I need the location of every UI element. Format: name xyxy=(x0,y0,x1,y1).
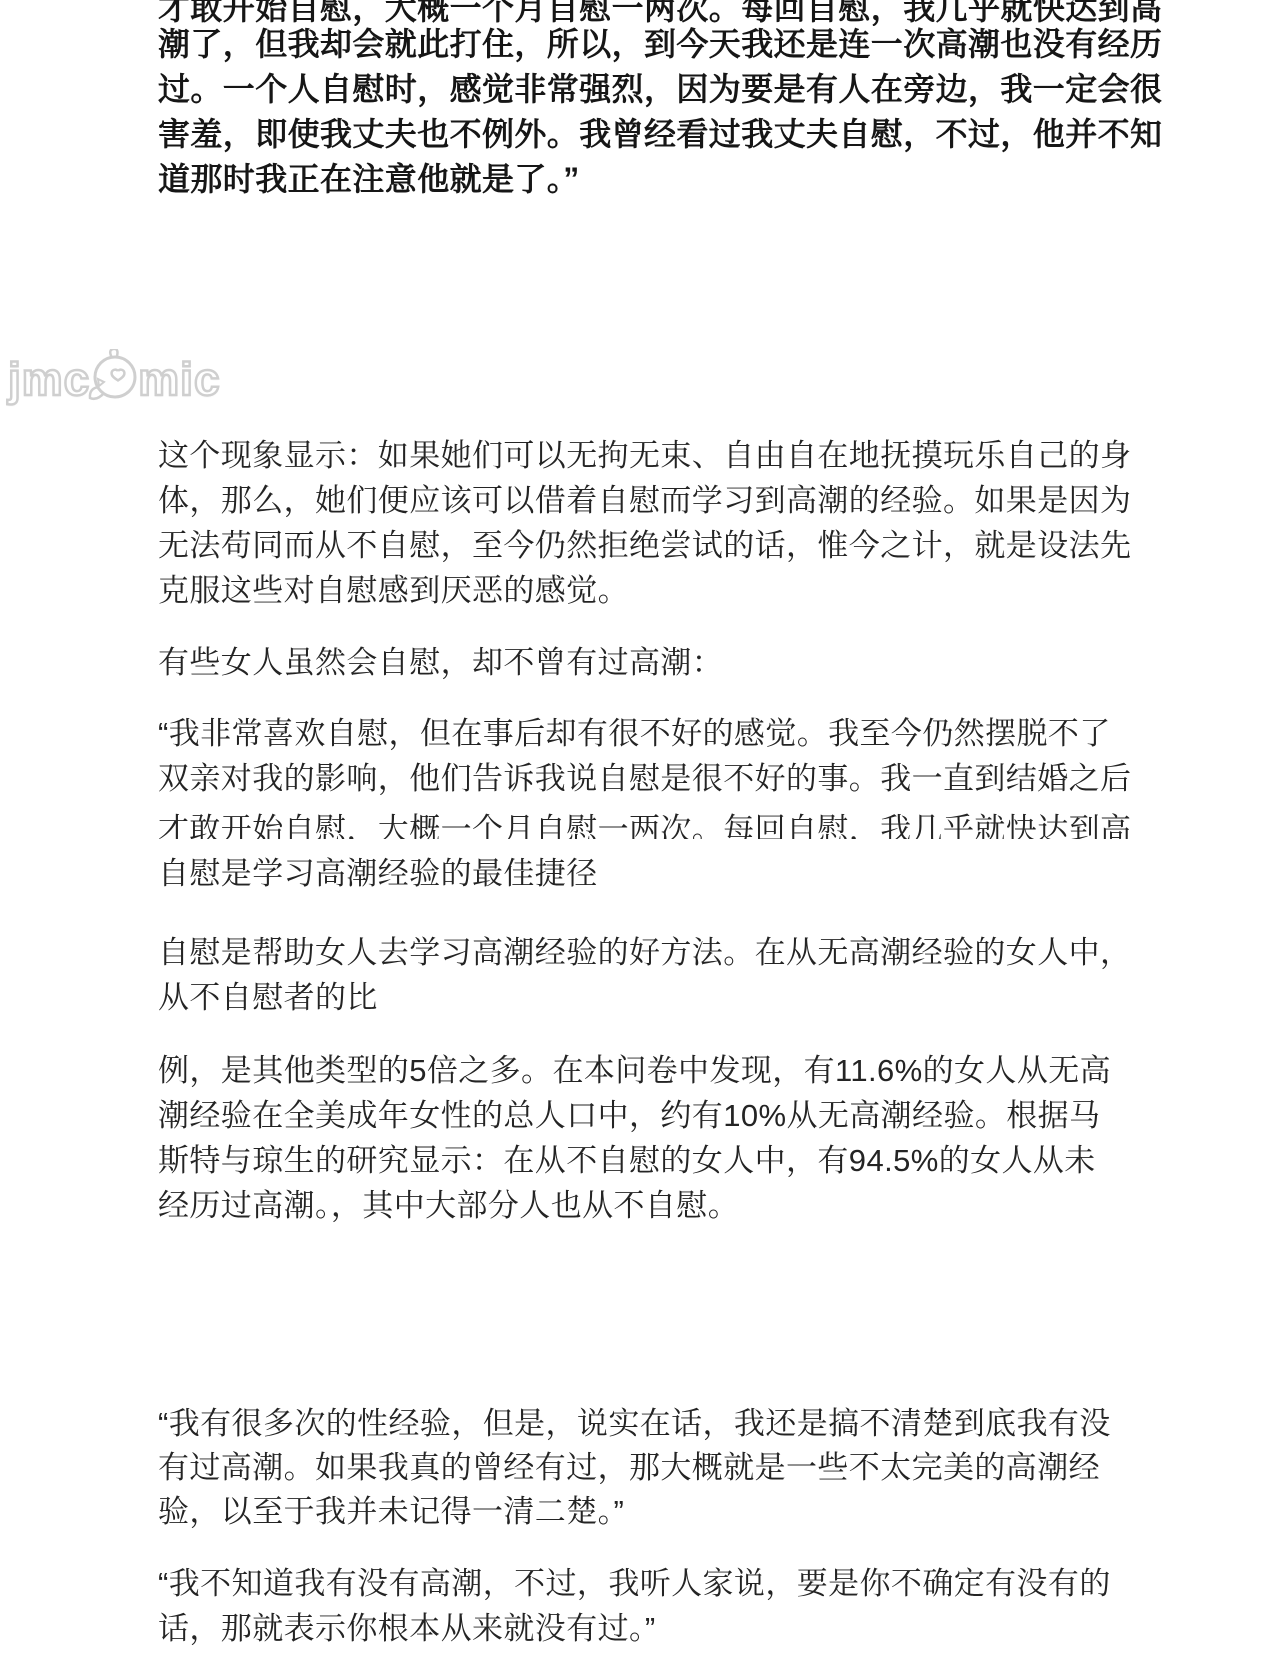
text-line: 体，那么，她们便应该可以借着自慰而学习到高潮的经验。如果是因为 xyxy=(158,483,1131,519)
text-line: 才敢开始自慰，大概一个月自慰一两次。每回自慰，我几乎就快达到高 xyxy=(158,0,1162,26)
text-line: 有些女人虽然会自慰，却不曾有过高潮： xyxy=(158,645,723,681)
watermark-text-suffix: mic xyxy=(138,352,220,406)
comic-reader-page[interactable]: 才敢开始自慰，大概一个月自慰一两次。每回自慰，我几乎就快达到高 潮了，但我却会就… xyxy=(0,0,1280,1656)
section-heading: 自慰是学习高潮经验的最佳捷径 xyxy=(158,856,598,892)
text-line: 自慰是帮助女人去学习高潮经验的好方法。在从无高潮经验的女人中， xyxy=(158,935,1131,971)
text-line: “我有很多次的性经验，但是，说实在话，我还是搞不清楚到底我有没 xyxy=(158,1406,1111,1442)
text-line: 无法苟同而从不自慰，至今仍然拒绝尝试的话，惟今之计，就是设法先 xyxy=(158,528,1131,564)
text-line: 有过高潮。如果我真的曾经有过，那大概就是一些不太完美的高潮经 xyxy=(158,1450,1100,1486)
text-line: 克服这些对自慰感到厌恶的感觉。 xyxy=(158,573,629,609)
fish-mascot-icon xyxy=(85,349,141,414)
text-line: 话，那就表示你根本从来就没有过。” xyxy=(158,1611,656,1647)
text-line: 验，以至于我并未记得一清二楚。” xyxy=(158,1494,624,1530)
text-line: 害羞，即使我丈夫也不例外。我曾经看过我丈夫自慰，不过，他并不知 xyxy=(158,116,1162,152)
text-line: 例，是其他类型的5倍之多。在本问卷中发现，有11.6%的女人从无高 xyxy=(158,1053,1111,1089)
watermark-jmcomic: jmc mic xyxy=(8,348,221,410)
text-line: 潮了，但我却会就此打住，所以，到今天我还是连一次高潮也没有经历 xyxy=(158,26,1162,62)
text-line: 经历过高潮。，其中大部分人也从不自慰。 xyxy=(158,1188,739,1224)
text-line: 才敢开始自慰，大概一个月自慰一两次。每回自慰，我几乎就快达到高 xyxy=(158,812,1131,839)
text-line: 双亲对我的影响，他们告诉我说自慰是很不好的事。我一直到结婚之后 xyxy=(158,761,1131,797)
clipped-line-middle: 才敢开始自慰，大概一个月自慰一两次。每回自慰，我几乎就快达到高 xyxy=(0,812,1280,839)
text-line: “我非常喜欢自慰，但在事后却有很不好的感觉。我至今仍然摆脱不了 xyxy=(158,716,1111,752)
text-line: 潮经验在全美成年女性的总人口中，约有10%从无高潮经验。根据马 xyxy=(158,1098,1100,1134)
clipped-line-top: 才敢开始自慰，大概一个月自慰一两次。每回自慰，我几乎就快达到高 xyxy=(0,0,1280,26)
text-line: 这个现象显示：如果她们可以无拘无束、自由自在地抚摸玩乐自己的身 xyxy=(158,438,1131,474)
text-line: 过。一个人自慰时，感觉非常强烈，因为要是有人在旁边，我一定会很 xyxy=(158,71,1162,107)
text-line: 从不自慰者的比 xyxy=(158,980,378,1016)
text-line: 斯特与琼生的研究显示：在从不自慰的女人中，有94.5%的女人从未 xyxy=(158,1143,1096,1179)
text-line: “我不知道我有没有高潮，不过，我听人家说，要是你不确定有没有的 xyxy=(158,1566,1111,1602)
watermark-text-prefix: jmc xyxy=(8,352,90,406)
text-line: 道那时我正在注意他就是了。” xyxy=(158,161,580,197)
